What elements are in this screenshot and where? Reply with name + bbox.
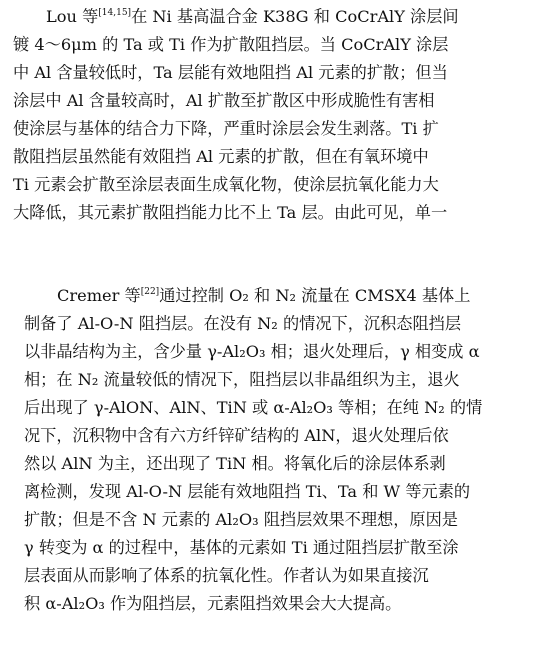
citation-ref: [22]: [141, 287, 159, 297]
text-line: 中 Al 含量较低时，Ta 层能有效地阻挡 Al 元素的扩散；但当: [13, 59, 459, 87]
text-line: 相；在 N₂ 流量较低的情况下，阻挡层以非晶组织为主，退火: [24, 366, 482, 394]
text-line: Lou 等[14,15]在 Ni 基高温合金 K38G 和 CoCrAlY 涂层…: [13, 3, 459, 31]
text-line: γ 转变为 α 的过程中，基体的元素如 Ti 通过阻挡层扩散至涂: [24, 534, 482, 562]
text-line: 以非晶结构为主，含少量 γ-Al₂O₃ 相；退火处理后，γ 相变成 α: [24, 338, 482, 366]
text-line: 况下，沉积物中含有六方纤锌矿结构的 AlN，退火处理后依: [24, 422, 482, 450]
text-line: 使涂层与基体的结合力下降，严重时涂层会发生剥落。Ti 扩: [13, 115, 459, 143]
text-line: 大降低，其元素扩散阻挡能力比不上 Ta 层。由此可见，单一: [13, 199, 459, 227]
text-line: 镀 4～6μm 的 Ta 或 Ti 作为扩散阻挡层。当 CoCrAlY 涂层: [13, 31, 459, 59]
text-line: 散阻挡层虽然能有效阻挡 Al 元素的扩散，但在有氧环境中: [13, 143, 459, 171]
text-line: 积 α-Al₂O₃ 作为阻挡层，元素阻挡效果会大大提高。: [24, 590, 482, 618]
paragraph-cremer-alon-barrier: Cremer 等[22]通过控制 O₂ 和 N₂ 流量在 CMSX4 基体上 制…: [24, 282, 482, 618]
text-line: Cremer 等[22]通过控制 O₂ 和 N₂ 流量在 CMSX4 基体上: [24, 282, 482, 310]
text-line: 扩散；但是不含 N 元素的 Al₂O₃ 阻挡层效果不理想，原因是: [24, 506, 482, 534]
text-line: 离检测，发现 Al-O-N 层能有效地阻挡 Ti、Ta 和 W 等元素的: [24, 478, 482, 506]
paragraph-lou-diffusion-barrier: Lou 等[14,15]在 Ni 基高温合金 K38G 和 CoCrAlY 涂层…: [13, 3, 459, 227]
text-line: 后出现了 γ-AlON、AlN、TiN 或 α-Al₂O₃ 等相；在纯 N₂ 的…: [24, 394, 482, 422]
text-line: Ti 元素会扩散至涂层表面生成氧化物，使涂层抗氧化能力大: [13, 171, 459, 199]
text-line: 然以 AlN 为主，还出现了 TiN 相。将氧化后的涂层体系剥: [24, 450, 482, 478]
text-line: 涂层中 Al 含量较高时，Al 扩散至扩散区中形成脆性有害相: [13, 87, 459, 115]
citation-ref: [14,15]: [98, 8, 131, 18]
text-line: 层表面从而影响了体系的抗氧化性。作者认为如果直接沉: [24, 562, 482, 590]
text-line: 制备了 Al-O-N 阻挡层。在没有 N₂ 的情况下，沉积态阻挡层: [24, 310, 482, 338]
